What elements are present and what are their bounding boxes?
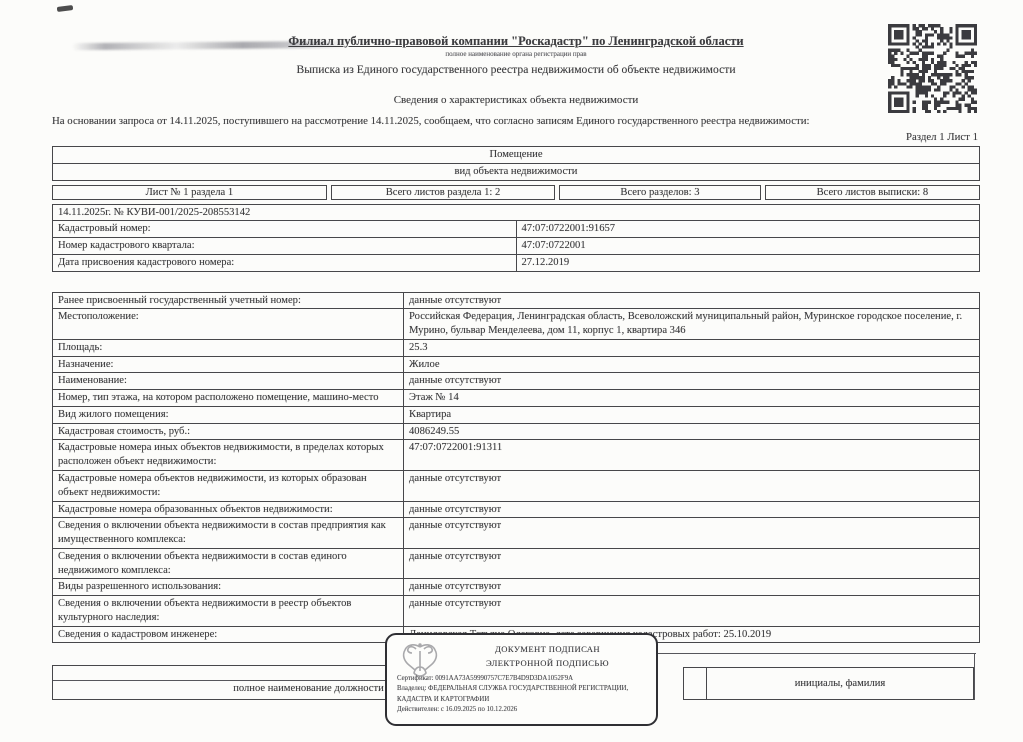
row-value: Этаж № 14	[404, 390, 980, 407]
document-content: Филиал публично-правовой компании "Роска…	[52, 0, 980, 643]
section-title: Сведения о характеристиках объекта недви…	[52, 94, 980, 106]
row-label: Ранее присвоенный государственный учетны…	[53, 292, 404, 309]
row-value: Квартира	[404, 406, 980, 423]
row-label: Кадастровые номера объектов недвижимости…	[53, 471, 404, 502]
row-value: 47:07:0722001:91657	[516, 221, 980, 238]
scanned-egrn-extract-page: Филиал публично-правовой компании "Роска…	[0, 0, 1023, 742]
row-label: Назначение:	[53, 356, 404, 373]
table-row: Сведения о включении объекта недвижимост…	[53, 548, 980, 579]
stamp-line1: ДОКУМЕНТ ПОДПИСАН	[445, 643, 650, 657]
row-label: Номер, тип этажа, на котором расположено…	[53, 390, 404, 407]
row-value: 47:07:0722001	[516, 238, 980, 255]
extract-sheets-total-cell: Всего листов выписки: 8	[765, 185, 980, 200]
registration-org-caption: полное наименование органа регистрации п…	[52, 50, 980, 58]
row-label: Номер кадастрового квартала:	[53, 238, 517, 255]
stamp-header: ДОКУМЕНТ ПОДПИСАН ЭЛЕКТРОННОЙ ПОДПИСЬЮ	[445, 643, 650, 671]
row-value: данные отсутствуют	[404, 596, 980, 627]
table-row: Наименование: данные отсутствуют	[53, 373, 980, 390]
coat-of-arms-icon	[399, 641, 441, 681]
cadastral-table: 14.11.2025г. № КУВИ-001/2025-208553142 К…	[52, 204, 980, 272]
row-value: 47:07:0722001:91311	[404, 440, 980, 471]
row-value: данные отсутствуют	[404, 548, 980, 579]
sections-total-cell: Всего разделов: 3	[559, 185, 761, 200]
stamp-owner: Владелец: ФЕДЕРАЛЬНАЯ СЛУЖБА ГОСУДАРСТВЕ…	[397, 684, 648, 705]
row-value: 27.12.2019	[516, 254, 980, 271]
table-row: Кадастровые номера объектов недвижимости…	[53, 471, 980, 502]
row-value: данные отсутствуют	[404, 373, 980, 390]
stamp-validity: Действителен: с 16.09.2025 по 10.12.2026	[397, 705, 648, 716]
section-sheet-label: Раздел 1 Лист 1	[52, 131, 980, 143]
row-label: Сведения о включении объекта недвижимост…	[53, 518, 404, 549]
row-label: Местоположение:	[53, 309, 404, 340]
row-value: данные отсутствуют	[404, 518, 980, 549]
row-value: данные отсутствуют	[404, 471, 980, 502]
row-label: Кадастровый номер:	[53, 221, 517, 238]
table-row: Кадастровая стоимость, руб.: 4086249.55	[53, 423, 980, 440]
table-row: Ранее присвоенный государственный учетны…	[53, 292, 980, 309]
table-row: Помещение	[53, 147, 980, 164]
object-type-caption: вид объекта недвижимости	[53, 163, 980, 180]
row-label: Вид жилого помещения:	[53, 406, 404, 423]
row-label: Сведения о кадастровом инженере:	[53, 626, 404, 643]
row-label: Кадастровые номера образованных объектов…	[53, 501, 404, 518]
object-details-table: Ранее присвоенный государственный учетны…	[52, 292, 980, 644]
initials-label: инициалы, фамилия	[707, 678, 973, 689]
table-row: Сведения о включении объекта недвижимост…	[53, 596, 980, 627]
footer-divider	[974, 653, 975, 700]
table-row: Кадастровые номера образованных объектов…	[53, 501, 980, 518]
document-title: Выписка из Единого государственного реес…	[52, 63, 980, 76]
initials-box: инициалы, фамилия	[683, 667, 974, 700]
table-row: вид объекта недвижимости	[53, 163, 980, 180]
row-value: 25.3	[404, 339, 980, 356]
sheet-number-cell: Лист № 1 раздела 1	[52, 185, 327, 200]
table-row: 14.11.2025г. № КУВИ-001/2025-208553142	[53, 204, 980, 221]
digital-signature-stamp: ДОКУМЕНТ ПОДПИСАН ЭЛЕКТРОННОЙ ПОДПИСЬЮ С…	[385, 633, 658, 726]
table-row: Сведения о включении объекта недвижимост…	[53, 518, 980, 549]
row-value: данные отсутствуют	[404, 501, 980, 518]
row-label: Сведения о включении объекта недвижимост…	[53, 596, 404, 627]
row-label: Наименование:	[53, 373, 404, 390]
table-row: Кадастровый номер: 47:07:0722001:91657	[53, 221, 980, 238]
row-label: Площадь:	[53, 339, 404, 356]
object-type-table: Помещение вид объекта недвижимости	[52, 146, 980, 181]
section-sheets-total-cell: Всего листов раздела 1: 2	[331, 185, 555, 200]
request-number: 14.11.2025г. № КУВИ-001/2025-208553142	[53, 204, 980, 221]
table-row: Кадастровые номера иных объектов недвижи…	[53, 440, 980, 471]
table-row: Вид жилого помещения: Квартира	[53, 406, 980, 423]
row-value: Российская Федерация, Ленинградская обла…	[404, 309, 980, 340]
object-type-value: Помещение	[53, 147, 980, 164]
row-value: 4086249.55	[404, 423, 980, 440]
row-label: Кадастровая стоимость, руб.:	[53, 423, 404, 440]
row-label: Сведения о включении объекта недвижимост…	[53, 548, 404, 579]
empty-cell	[684, 668, 707, 699]
table-row: Дата присвоения кадастрового номера: 27.…	[53, 254, 980, 271]
registration-org-name: Филиал публично-правовой компании "Роска…	[52, 34, 980, 49]
sheet-counts-row: Лист № 1 раздела 1 Всего листов раздела …	[52, 185, 980, 200]
row-value: Жилое	[404, 356, 980, 373]
row-label: Виды разрешенного использования:	[53, 579, 404, 596]
signature-line	[657, 653, 976, 654]
request-basis-line: На основании запроса от 14.11.2025, пост…	[52, 115, 980, 127]
row-label: Кадастровые номера иных объектов недвижи…	[53, 440, 404, 471]
row-label: Дата присвоения кадастрового номера:	[53, 254, 517, 271]
row-value: данные отсутствуют	[404, 292, 980, 309]
table-row: Номер кадастрового квартала: 47:07:07220…	[53, 238, 980, 255]
table-row: Виды разрешенного использования: данные …	[53, 579, 980, 596]
table-row: Местоположение: Российская Федерация, Ле…	[53, 309, 980, 340]
row-value: данные отсутствуют	[404, 579, 980, 596]
stamp-line2: ЭЛЕКТРОННОЙ ПОДПИСЬЮ	[445, 657, 650, 671]
table-row: Номер, тип этажа, на котором расположено…	[53, 390, 980, 407]
table-row: Назначение: Жилое	[53, 356, 980, 373]
table-row: Площадь: 25.3	[53, 339, 980, 356]
